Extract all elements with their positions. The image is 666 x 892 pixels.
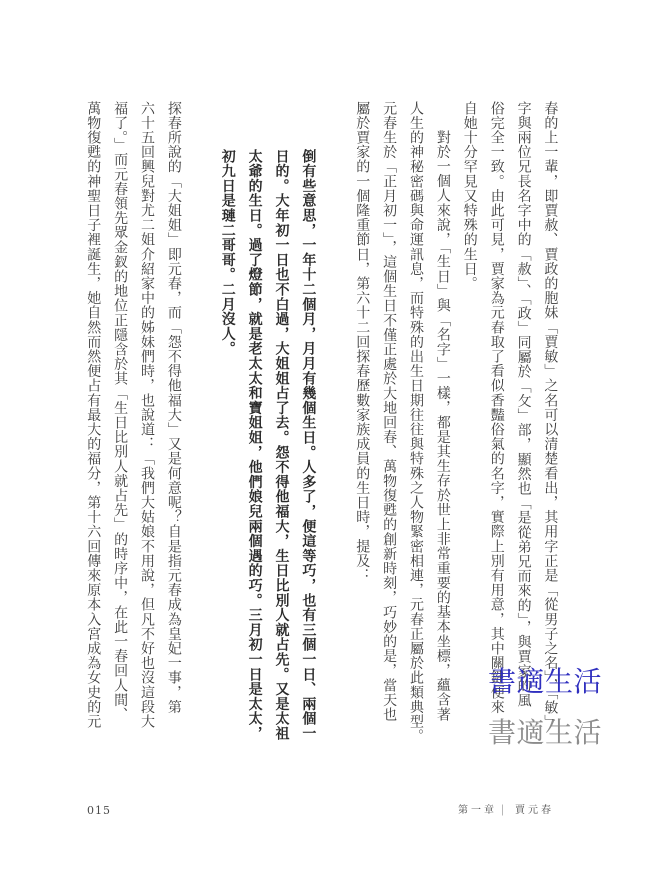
text-column: 對於一個人來說，「生日」與「名字」一樣，都是其生存於世上非常重要的基本坐標，蘊含… bbox=[429, 101, 456, 722]
chapter-title: 賈元春 bbox=[515, 804, 554, 817]
text-column: 萬物復甦的神聖日子裡誕生，她自然而然便占有最大的福分，第十六回傳來原本入宮成為女… bbox=[79, 101, 106, 729]
text-column: 福了。」而元春領先眾金釵的地位正隱含於其「生日比別人就占先」的時序中，在此一春回… bbox=[106, 101, 133, 722]
chapter-label: 第一章 bbox=[458, 804, 497, 817]
running-head: 第一章 ｜ 賈元春 bbox=[458, 804, 554, 817]
text-column: 自她十分罕見又特殊的生日。 bbox=[456, 101, 483, 291]
book-page: 春的上一輩，即賈赦、賈政的胞妹「賈敏」之名可以清楚看出，其用字正是「從男子之名」… bbox=[0, 0, 666, 892]
text-column: 探春所說的「大姐姐」即元春，而「怨不得他福大」又是何意呢？自是指元春成為皇妃一事… bbox=[160, 101, 187, 714]
quote-column: 日的。大年初一日也不白過，大姐姐占了去。怨不得他福大，生日比別人就占先。又是太祖 bbox=[268, 149, 295, 741]
quote-column: 初九日是璉二哥哥。二月沒人。 bbox=[214, 149, 241, 356]
watermark-logo-shadow: 書適生活 bbox=[488, 719, 602, 747]
page-number: 015 bbox=[87, 804, 111, 817]
text-column: 人生的神秘密碼與命運訊息，而特殊的出生日期往往與特殊之人物緊密相連，元春正屬於此… bbox=[402, 101, 429, 743]
text-column: 俗完全一致。由此可見，賈家為元春取了看似香豔俗氣的名字，實際上別有用意，其中關鍵… bbox=[483, 101, 510, 714]
text-column: 春的上一輩，即賈赦、賈政的胞妹「賈敏」之名可以清楚看出，其用字正是「從男子之名」… bbox=[537, 101, 564, 729]
quote-column: 太爺的生日。過了燈節，就是老太太和寶姐姐，他們娘兒兩個遇的巧。三月初一日是太太， bbox=[241, 149, 268, 741]
quote-column: 倒有些意思，一年十二個月，月月有幾個生日。人多了，便這等巧，也有三個一日、兩個一 bbox=[295, 149, 322, 741]
separator-bar: ｜ bbox=[497, 804, 508, 817]
text-column: 屬於賈家的一個隆重節日，第六十二回探春歷數家族成員的生日時，提及： bbox=[348, 101, 375, 583]
watermark-logo: 書適生活 bbox=[488, 668, 602, 696]
text-column: 六十五回興兒對尤二姐介紹家中的姊妹們時，也說道：「我們大姑娘不用說，但凡不好也沒… bbox=[133, 101, 160, 729]
text-column: 元春生於「正月初一」，這個生日不僅正處於大地回春、萬物復甦的創新時刻，巧妙的是，… bbox=[375, 101, 402, 722]
text-column: 字與兩位兄長名字中的「赦」、「政」同屬於「攵」部，顯然也「是從弟兄而來的」，與賈… bbox=[510, 101, 537, 708]
